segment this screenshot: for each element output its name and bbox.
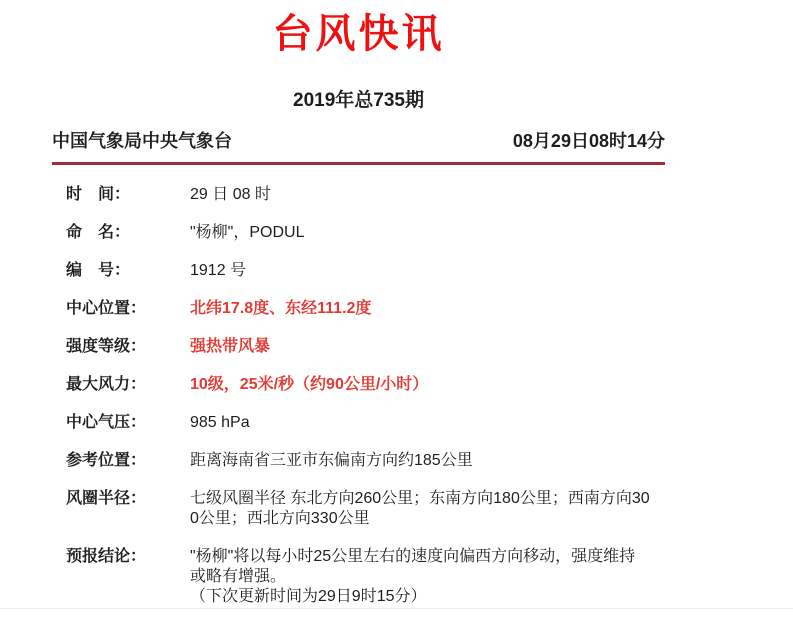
field-value: 七级风圈半径 东北方向260公里；东南方向180公里；西南方向30 0公里；西北…: [190, 489, 662, 529]
agency-name: 中国气象局中央气象台: [52, 127, 232, 153]
field-value: 1912 号: [190, 261, 662, 281]
field-value: 强热带风暴: [190, 337, 662, 357]
field-value: 距离海南省三亚市东偏南方向约185公里: [190, 451, 662, 471]
field-label: 中心气压：: [66, 413, 190, 433]
field-value: 北纬17.8度、东经111.2度: [190, 299, 662, 319]
field-label: 预报结论：: [66, 547, 190, 607]
field-row: 中心位置： 北纬17.8度、东经111.2度: [52, 299, 665, 319]
bulletin-fields: 时 间： 29 日 08 时 命 名： "杨柳"，PODUL 编 号： 1912…: [52, 185, 665, 607]
field-value: "杨柳"将以每小时25公里左右的速度向偏西方向移动，强度维持 或略有增强。 （下…: [190, 547, 662, 607]
field-value: 10级，25米/秒（约90公里/小时）: [190, 375, 662, 395]
field-label: 参考位置：: [66, 451, 190, 471]
field-label: 命 名：: [66, 223, 190, 243]
issue-datetime: 08月29日08时14分: [513, 127, 665, 153]
field-row: 风圈半径： 七级风圈半径 东北方向260公里；东南方向180公里；西南方向30 …: [52, 489, 665, 529]
field-value: 985 hPa: [190, 413, 662, 433]
bottom-divider: [0, 608, 793, 609]
field-row: 参考位置： 距离海南省三亚市东偏南方向约185公里: [52, 451, 665, 471]
field-row: 预报结论： "杨柳"将以每小时25公里左右的速度向偏西方向移动，强度维持 或略有…: [52, 547, 665, 607]
field-label: 风圈半径：: [66, 489, 190, 529]
field-row: 最大风力： 10级，25米/秒（约90公里/小时）: [52, 375, 665, 395]
field-row: 时 间： 29 日 08 时: [52, 185, 665, 205]
typhoon-bulletin: 台风快讯 2019年总735期 中国气象局中央气象台 08月29日08时14分 …: [52, 0, 665, 607]
field-value: "杨柳"，PODUL: [190, 223, 662, 243]
field-row: 强度等级： 强热带风暴: [52, 337, 665, 357]
issue-number: 2019年总735期: [52, 85, 665, 112]
field-value: 29 日 08 时: [190, 185, 662, 205]
field-label: 时 间：: [66, 185, 190, 205]
page-title: 台风快讯: [52, 0, 665, 55]
field-label: 中心位置：: [66, 299, 190, 319]
field-row: 命 名： "杨柳"，PODUL: [52, 223, 665, 243]
field-row: 中心气压： 985 hPa: [52, 413, 665, 433]
field-label: 强度等级：: [66, 337, 190, 357]
field-label: 最大风力：: [66, 375, 190, 395]
field-row: 编 号： 1912 号: [52, 261, 665, 281]
field-label: 编 号：: [66, 261, 190, 281]
bulletin-header: 中国气象局中央气象台 08月29日08时14分: [52, 127, 665, 165]
